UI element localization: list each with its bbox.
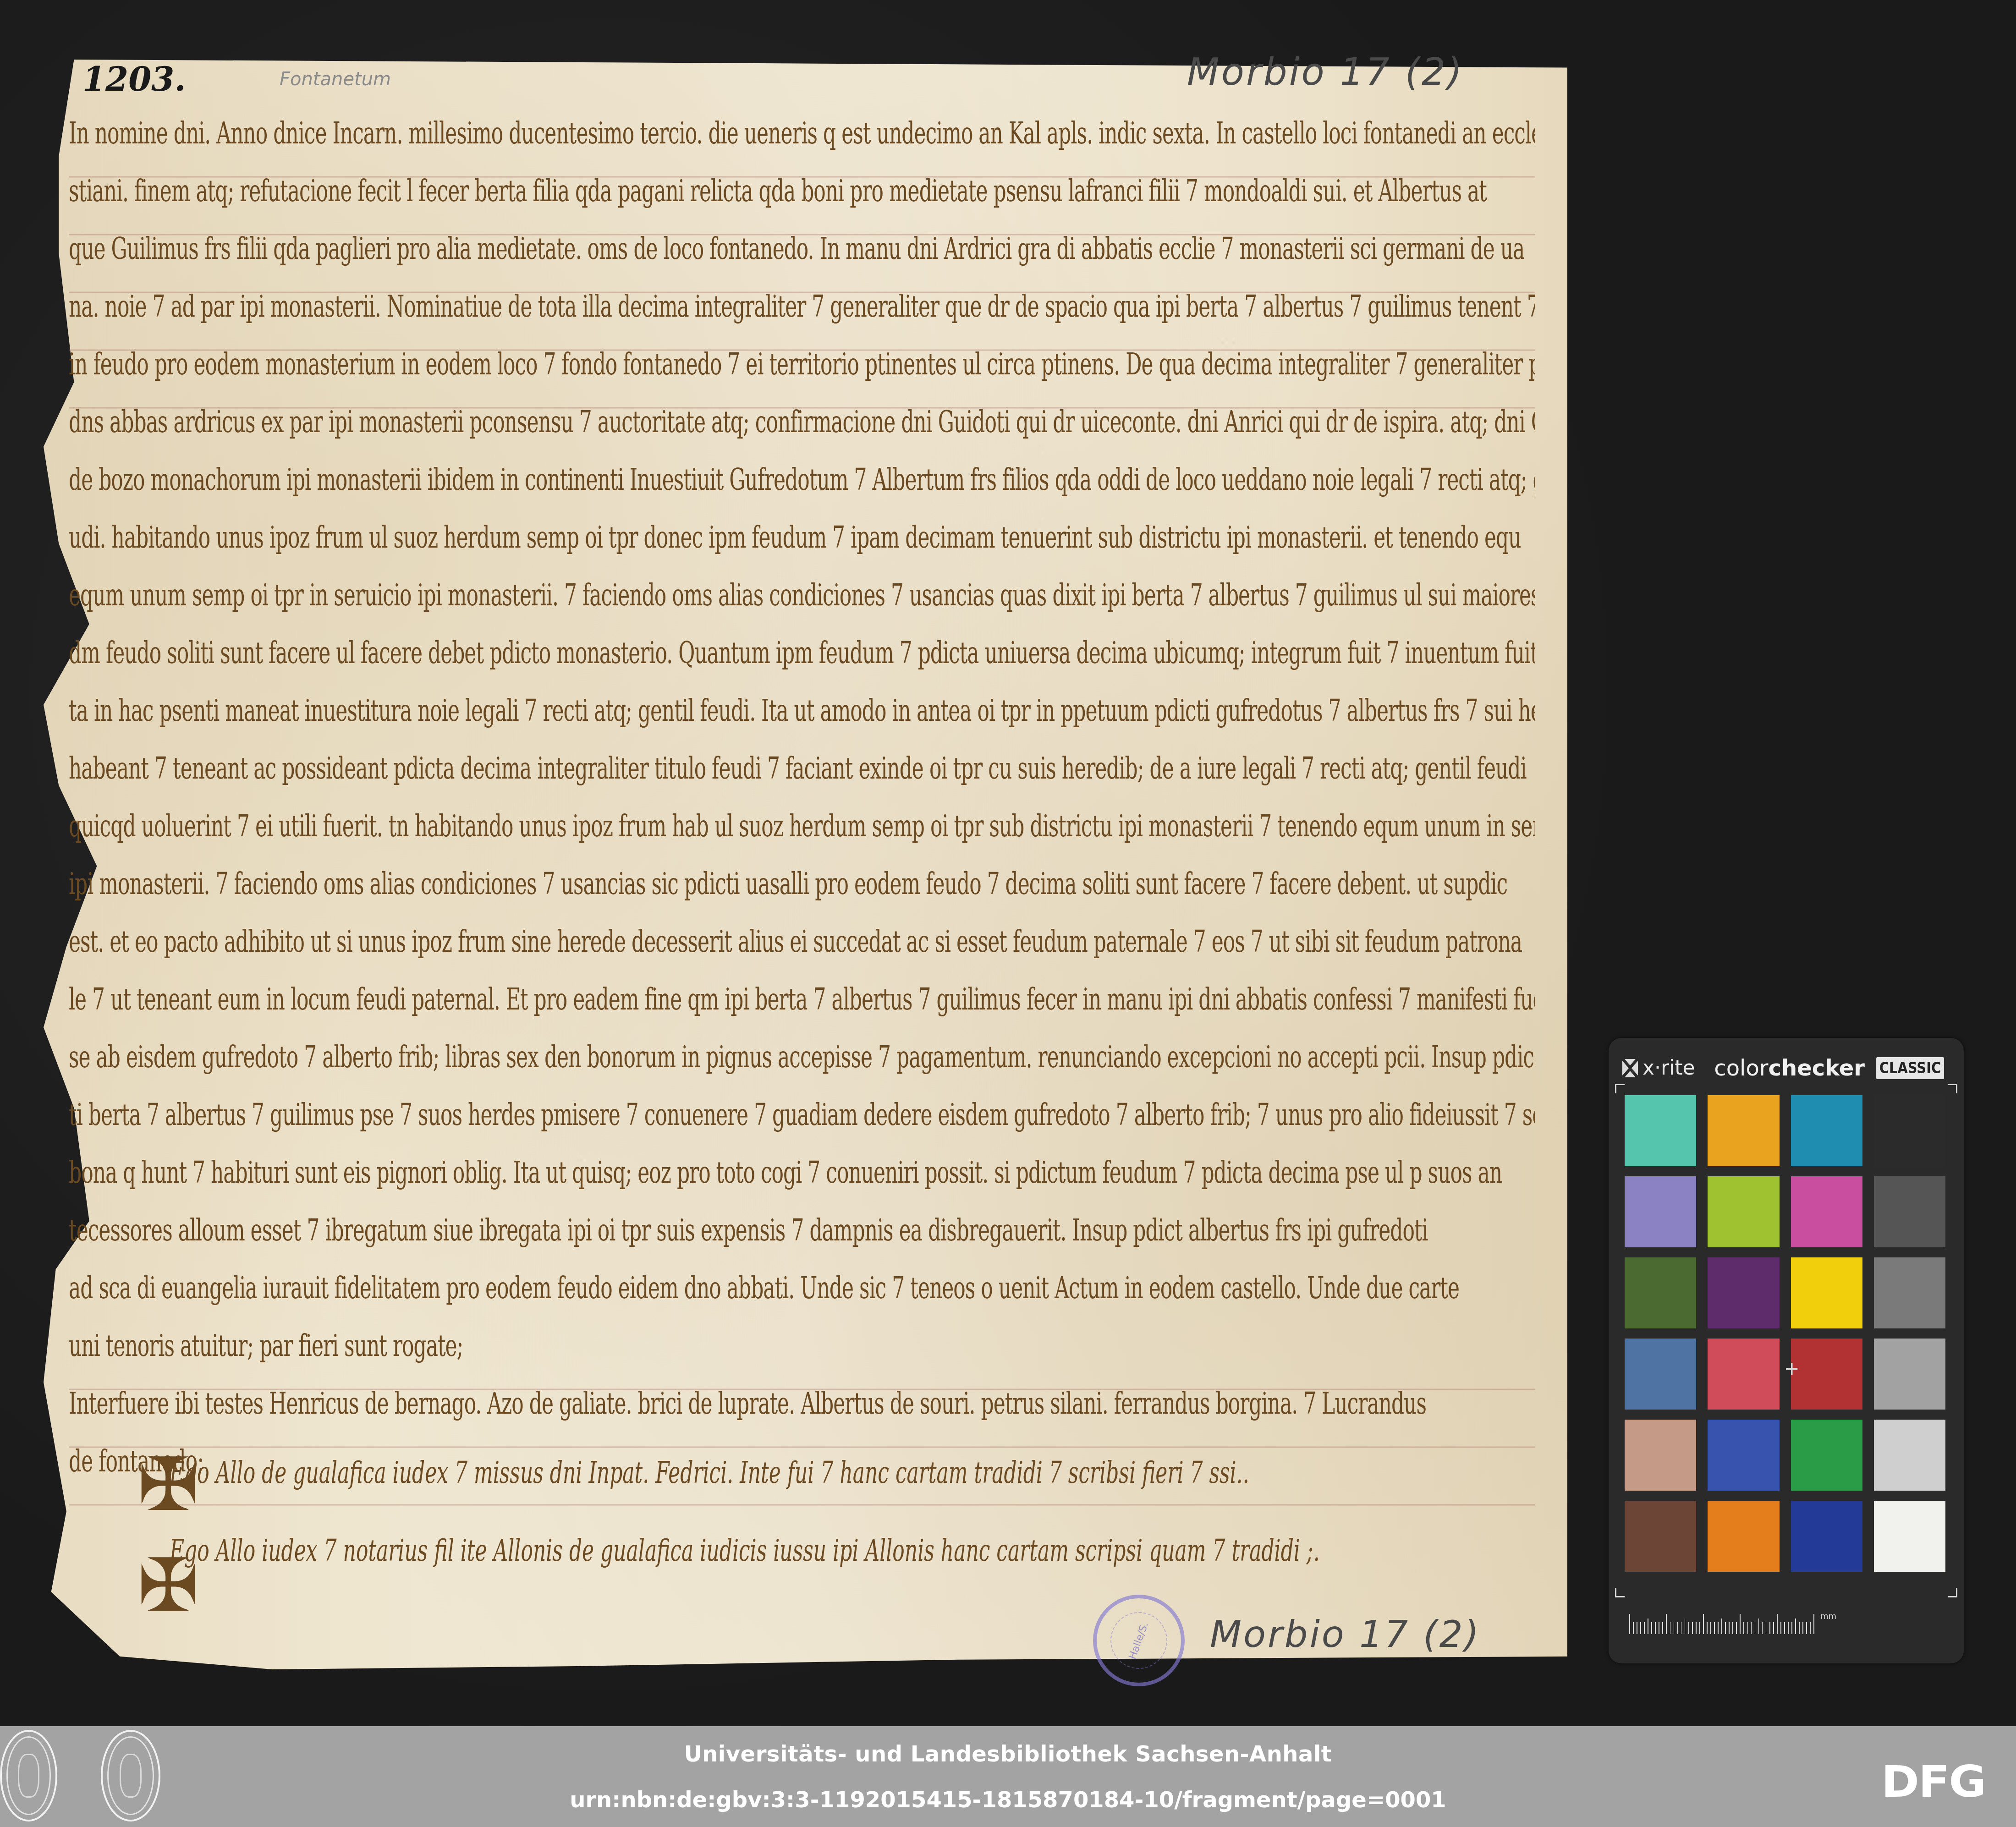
urn-identifier: urn:nbn:de:gbv:3:3-1192015415-1815870184… <box>0 1787 2016 1813</box>
color-patch <box>1791 1257 1862 1328</box>
color-patch <box>1625 1339 1696 1410</box>
ruler-tick <box>1736 1622 1737 1634</box>
subscription-line: Ego Allo iudex 7 notarius fil ite Alloni… <box>69 1493 1535 1610</box>
crosshair-icon: + <box>1784 1360 1800 1378</box>
ruler-tick <box>1637 1622 1637 1634</box>
ruler-tick <box>1791 1622 1792 1634</box>
xrite-brand: x·rite <box>1622 1056 1695 1080</box>
subscriptions: Ego Allo de gualafica iudex 7 missus dni… <box>69 1434 1535 1590</box>
color-patch <box>1791 1501 1862 1572</box>
colorchecker-target: x·rite color checker CLASSIC + mm <box>1609 1038 1964 1663</box>
color-patch <box>1625 1257 1696 1328</box>
ruler-tick <box>1685 1619 1686 1634</box>
color-patch <box>1874 1501 1945 1572</box>
ruler-tick <box>1810 1622 1811 1634</box>
color-patch <box>1791 1095 1862 1166</box>
ruler-tick <box>1813 1614 1814 1634</box>
ruler-tick <box>1751 1622 1752 1634</box>
color-patch <box>1874 1176 1945 1247</box>
ruler-tick <box>1633 1622 1634 1634</box>
ruler-tick <box>1743 1622 1744 1634</box>
ruler-tick <box>1806 1622 1807 1634</box>
ruler-tick <box>1677 1622 1678 1634</box>
ruler-tick <box>1777 1614 1778 1634</box>
color-patch <box>1791 1420 1862 1491</box>
color-patch <box>1625 1501 1696 1572</box>
color-patch <box>1874 1257 1945 1328</box>
ruler-tick <box>1681 1622 1682 1634</box>
corner-mark-icon <box>1615 1084 1625 1093</box>
brand-name: x·rite <box>1642 1056 1695 1080</box>
title-light: color <box>1714 1055 1768 1081</box>
library-stamp: Halle/S. <box>1093 1595 1185 1686</box>
color-patch <box>1708 1501 1779 1572</box>
ruler-tick <box>1692 1622 1693 1634</box>
ruler-tick <box>1762 1622 1763 1634</box>
shelfmark-bottom: Morbio 17 (2) <box>1210 1613 1481 1656</box>
ruler-tick <box>1755 1622 1756 1634</box>
ruler-tick <box>1670 1622 1671 1634</box>
ruler-tick <box>1629 1614 1630 1634</box>
ruler-tick <box>1699 1622 1700 1634</box>
ruler-tick <box>1710 1622 1711 1634</box>
ruler-tick <box>1718 1622 1719 1634</box>
title-bold: checker <box>1769 1055 1865 1081</box>
color-patch <box>1708 1176 1779 1247</box>
color-patch <box>1874 1420 1945 1491</box>
color-patch <box>1625 1095 1696 1166</box>
ruler-tick <box>1662 1622 1663 1634</box>
ruler-tick <box>1740 1614 1741 1634</box>
ruler-tick <box>1674 1622 1675 1634</box>
color-patch <box>1625 1420 1696 1491</box>
stamp-text: Halle/S. <box>1127 1620 1151 1661</box>
color-patch <box>1874 1339 1945 1410</box>
ruler-tick <box>1703 1614 1704 1634</box>
ruler-tick <box>1758 1619 1759 1634</box>
ruler-tick <box>1769 1622 1770 1634</box>
dfg-logo: DFG <box>1881 1756 1985 1807</box>
ruler-tick <box>1780 1622 1781 1634</box>
color-patch <box>1708 1095 1779 1166</box>
ruler-tick <box>1648 1619 1648 1634</box>
ruler-tick <box>1707 1622 1708 1634</box>
ruler-tick <box>1721 1619 1722 1634</box>
shelfmark-top: Morbio 17 (2) <box>1187 50 1464 94</box>
colorchecker-title: color checker CLASSIC <box>1714 1055 1950 1081</box>
corner-mark-icon <box>1948 1084 1957 1093</box>
color-patch <box>1708 1339 1779 1410</box>
ruler-tick <box>1747 1622 1748 1634</box>
ruler-tick <box>1725 1622 1726 1634</box>
mm-ruler <box>1629 1613 1817 1634</box>
ruler-tick <box>1784 1622 1785 1634</box>
corner-mark-icon <box>1615 1588 1625 1597</box>
ruler-tick <box>1659 1622 1659 1634</box>
ruler-tick <box>1640 1622 1641 1634</box>
ruler-tick <box>1714 1622 1715 1634</box>
ruler-tick <box>1773 1622 1774 1634</box>
corner-mark-icon <box>1948 1588 1957 1597</box>
ruler-tick <box>1795 1619 1796 1634</box>
ruler-tick <box>1644 1622 1645 1634</box>
ruler-tick <box>1666 1614 1667 1634</box>
ruler-tick <box>1732 1622 1733 1634</box>
pencil-place-note: Fontanetum <box>280 69 391 90</box>
ruler-tick <box>1766 1622 1767 1634</box>
ruler-tick <box>1729 1622 1730 1634</box>
ruler-tick <box>1651 1622 1652 1634</box>
ruler-tick <box>1696 1622 1697 1634</box>
color-patch <box>1874 1095 1945 1166</box>
color-patch-grid <box>1625 1095 1945 1572</box>
color-patch <box>1791 1176 1862 1247</box>
classic-badge: CLASSIC <box>1876 1057 1944 1079</box>
color-patch <box>1791 1339 1862 1410</box>
color-patch <box>1708 1420 1779 1491</box>
charter-text: In nomine dni. Anno dnice Incarn. milles… <box>69 105 1535 1491</box>
ruler-tick <box>1788 1622 1789 1634</box>
xrite-logo-icon <box>1622 1059 1638 1077</box>
ruler-tick <box>1799 1622 1800 1634</box>
ruler-tick <box>1688 1622 1689 1634</box>
ruler-tick <box>1655 1622 1656 1634</box>
institution-name: Universitäts- und Landesbibliothek Sachs… <box>0 1741 2016 1767</box>
ruler-unit: mm <box>1820 1612 1836 1621</box>
color-patch <box>1708 1257 1779 1328</box>
ruler-tick <box>1802 1622 1803 1634</box>
color-patch <box>1625 1176 1696 1247</box>
